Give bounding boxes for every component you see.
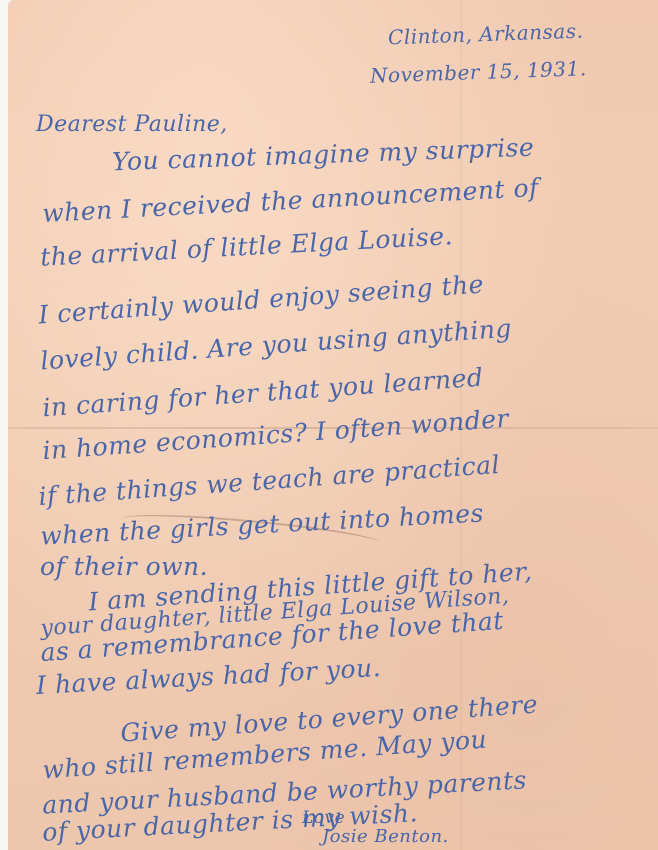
letter-signature: Josie Benton.: [322, 826, 449, 847]
letter-closing: Love: [302, 808, 345, 828]
letter-line: of their own.: [40, 552, 208, 581]
salutation: Dearest Pauline,: [36, 112, 228, 137]
scan-edge: [0, 0, 8, 850]
